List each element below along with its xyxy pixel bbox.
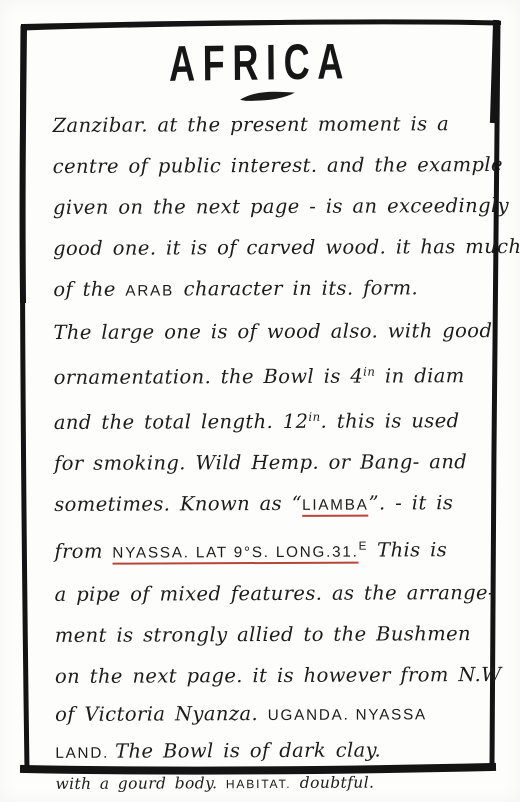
text-segment: for smoking. Wild Hemp. or Bang- and [54,450,467,475]
manuscript-line: of Victoria Nyanza. UGANDA. NYASSA [55,695,485,734]
red-underlined-text: LIAMBA [302,497,369,517]
text-segment: in [363,365,375,379]
text-segment: Zanzibar. at the present moment is a [53,112,450,137]
manuscript-line: The large one is of wood also. with good [53,310,483,353]
manuscript-lines: Zanzibar. at the present moment is acent… [52,103,485,798]
manuscript-line: from NYASSA. LAT 9°S. LONG.31.E This is [54,525,484,574]
text-segment: in diam [375,364,464,387]
manuscript-line: and the total length. 12in. this is used [54,396,484,443]
text-segment: and the total length. 12 [54,410,309,434]
scanned-manuscript-page: AFRICA Zanzibar. at the present moment i… [0,0,520,802]
text-segment: UGANDA. NYASSA [268,706,427,724]
manuscript-line: centre of public interest. and the examp… [53,144,483,187]
text-segment: good one. it is of carved wood. it has m… [53,235,520,260]
page-title: AFRICA [0,36,520,79]
manuscript-line: good one. it is of carved wood. it has m… [53,226,483,269]
text-segment: ment is strongly allied to the Bushmen [55,622,471,647]
text-segment: E [359,540,367,553]
text-segment: with a gourd body. [55,774,225,793]
text-segment: ARAB [125,282,174,299]
manuscript-line: for smoking. Wild Hemp. or Bang- and [54,441,484,484]
text-segment: ornamentation. the Bowl is 4 [54,365,364,389]
manuscript-line: Zanzibar. at the present moment is a [52,103,482,146]
text-segment: centre of public interest. and the examp… [53,153,503,178]
manuscript-line: given on the next page - is an exceeding… [53,185,483,228]
manuscript-line: ornamentation. the Bowl is 4in in diam [54,351,484,398]
manuscript-line: on the next page. it is however from N.W [55,654,485,697]
text-segment: given on the next page - is an exceeding… [53,194,509,219]
manuscript-line: with a gourd body. HABITAT. doubtful. [55,769,485,798]
text-segment: HABITAT. [226,777,292,791]
text-segment: character in its. form. [174,276,418,300]
text-segment: sometimes. Known as “ [54,492,302,516]
text-segment: of Victoria Nyanza. [55,702,268,726]
text-segment: in [308,410,320,424]
text-segment: a pipe of mixed features. as the arrange… [55,581,495,606]
text-segment: This is [367,538,447,561]
manuscript-line: sometimes. Known as “LIAMBA”. - it is [54,482,484,527]
text-segment: ”. - it is [369,491,454,514]
text-segment: The large one is of wood also. with good [53,319,492,344]
text-segment: The Bowl is of dark clay. [115,739,381,763]
title-underline-flourish [238,88,298,104]
page-title-text: AFRICA [169,35,351,94]
manuscript-line: ment is strongly allied to the Bushmen [55,613,485,656]
text-segment: on the next page. it is however from N.W [55,663,502,688]
red-underlined-text: NYASSA. LAT 9°S. LONG.31. [112,544,358,565]
text-segment: of the [53,278,125,301]
manuscript-line: a pipe of mixed features. as the arrange… [55,572,485,615]
text-segment: LAND. [55,745,115,762]
manuscript-line: of the ARAB character in its. form. [53,267,483,312]
manuscript-line: LAND. The Bowl is of dark clay. [55,732,485,771]
text-segment: . this is used [321,409,460,433]
text-segment: doubtful. [291,774,374,792]
text-segment: from [54,540,112,563]
